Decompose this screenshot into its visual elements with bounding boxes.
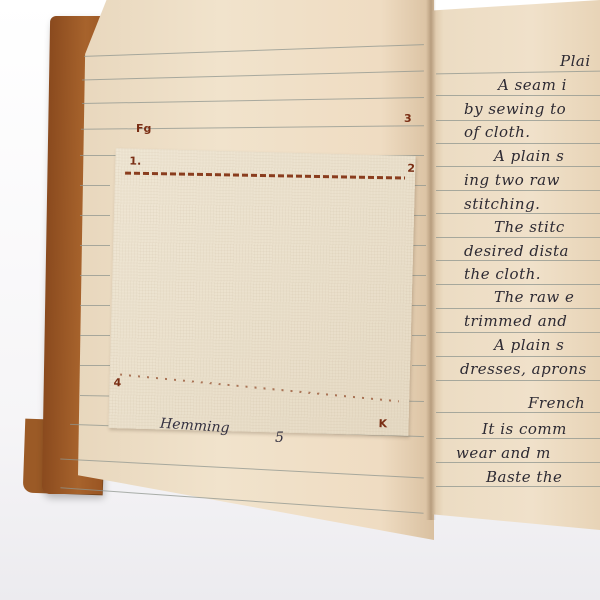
mark-above-right: 3	[404, 112, 412, 125]
mark-top-right: 2	[407, 162, 415, 175]
fabric-weave-texture	[108, 148, 415, 436]
mark-bottom-right: K	[378, 417, 387, 430]
handwritten-line: It is comm	[482, 420, 567, 438]
page-gutter	[426, 0, 436, 520]
mark-bottom-left: 4	[113, 376, 121, 389]
mark-top-left: 1.	[129, 154, 141, 167]
handwritten-line: trimmed and	[464, 312, 567, 330]
handwritten-line: dresses, aprons	[460, 360, 587, 378]
handwritten-line: desired dista	[464, 242, 569, 260]
handwritten-line: French	[528, 394, 585, 412]
handwritten-line: A seam i	[498, 76, 567, 94]
fabric-hemming-sample: 1. 2 4 K	[108, 148, 415, 436]
handwritten-line: ing two raw	[464, 171, 560, 189]
handwritten-line: by sewing to	[464, 100, 566, 118]
handwritten-line: stitching.	[464, 195, 540, 213]
handwritten-line: Baste the	[486, 468, 562, 486]
handwritten-line: The raw e	[494, 288, 574, 306]
handwritten-line: wear and m	[456, 444, 551, 462]
mark-above-left: Fg	[136, 122, 151, 135]
handwritten-line: The stitc	[494, 218, 565, 236]
photo-background: Fg 3 1. 2 4 K Hemming 5 Plai A seam i by…	[0, 0, 600, 600]
handwritten-line: of cloth.	[464, 123, 531, 141]
hemming-number: 5	[275, 430, 284, 446]
handwritten-line: A plain s	[494, 147, 564, 165]
handwritten-line: the cloth.	[464, 265, 541, 283]
handwritten-line: A plain s	[494, 336, 564, 354]
handwritten-line: Plai	[560, 52, 591, 70]
